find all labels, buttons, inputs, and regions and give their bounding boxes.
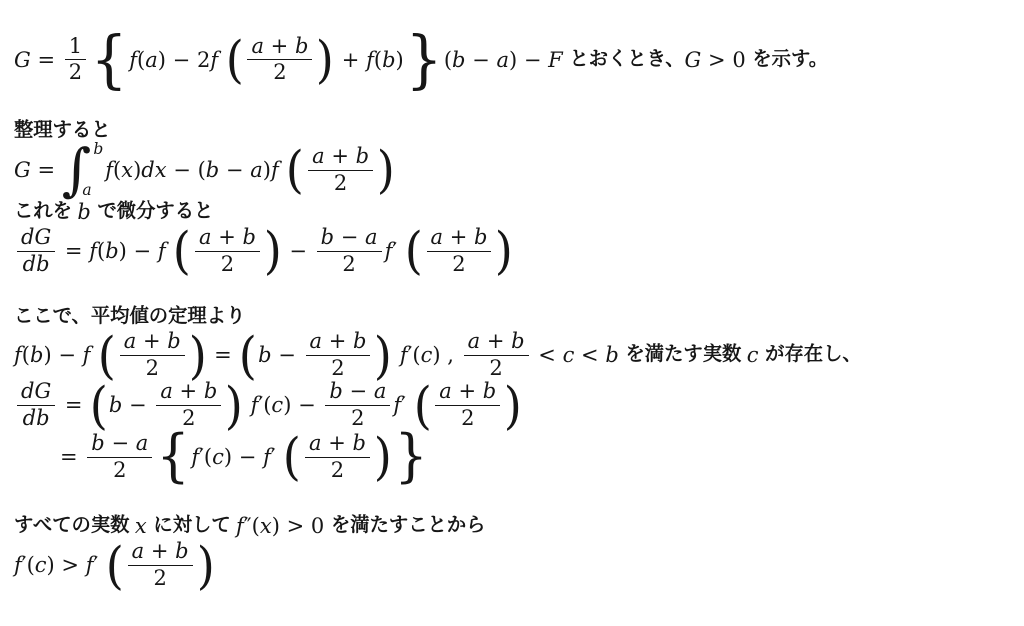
math-variable: c <box>421 343 433 367</box>
math-run: G = <box>14 158 62 182</box>
math-variable: b <box>353 329 366 353</box>
math-run: a + b <box>312 144 369 168</box>
math-variable: G <box>685 48 702 72</box>
math-variable: b <box>511 329 524 353</box>
fraction-numerator: a + b <box>427 226 492 252</box>
math-variable: a <box>431 225 444 249</box>
math-variable: F <box>548 48 563 72</box>
math-run: f″(x) > 0 <box>236 514 331 538</box>
fraction-numerator: a + b <box>306 330 371 356</box>
math-variable: b <box>353 431 366 455</box>
japanese-text: すべての実数 <box>14 515 135 537</box>
math-variable: a <box>132 539 145 563</box>
math-variable: d <box>141 158 154 182</box>
math-variable: a <box>439 379 452 403</box>
math-run: f′(c) , <box>393 343 460 367</box>
math-variable: d <box>21 379 34 403</box>
math-variable: b <box>175 539 188 563</box>
math-run: a + b <box>132 539 189 563</box>
math-run: a + b <box>468 329 525 353</box>
fraction: a + b2 <box>306 330 371 380</box>
math-variable: b <box>206 158 219 182</box>
math-run: = <box>58 393 89 417</box>
fraction-denominator: 2 <box>448 252 469 277</box>
fraction-denominator: 2 <box>142 356 163 381</box>
big-delimiter: ) <box>374 332 392 380</box>
math-variable: b <box>243 225 256 249</box>
math-run: 2 <box>331 458 344 482</box>
math-variable: G <box>14 158 31 182</box>
big-delimiter: ( <box>405 227 423 275</box>
math-run: < c < b <box>532 343 626 367</box>
math-run: b − <box>109 393 153 417</box>
math-variable: b <box>258 343 271 367</box>
japanese-text: で微分すると <box>97 201 213 223</box>
fraction-numerator: a + b <box>435 380 500 406</box>
math-variable: b <box>105 239 118 263</box>
math-run: f′(c) − <box>244 393 322 417</box>
math-run: dG <box>21 225 51 249</box>
math-run: b − a <box>321 225 378 249</box>
japanese-text: とおくとき、 <box>569 49 684 71</box>
big-delimiter: } <box>394 430 427 484</box>
math-variable: x <box>121 158 133 182</box>
integral-limits: ba <box>91 142 103 198</box>
formula-line: f(b) − f (a + b2) = (b − a + b2) f′(c) ,… <box>14 330 1014 380</box>
math-run: f′ <box>393 393 412 417</box>
big-delimiter: ( <box>286 146 304 194</box>
japanese-text: を満たす実数 <box>625 344 746 366</box>
integral-upper-limit: b <box>93 142 103 158</box>
math-run: 1 <box>69 34 82 58</box>
document-page: G = 12{f(a) − 2f (a + b2) + f(b)}(b − a)… <box>0 0 1024 626</box>
math-run: 2 <box>113 458 126 482</box>
japanese-text: に対して <box>153 515 236 537</box>
fraction-denominator: 2 <box>327 356 348 381</box>
math-variable: b <box>474 225 487 249</box>
math-run: f′ <box>385 239 404 263</box>
math-variable: a <box>124 329 137 353</box>
fraction-numerator: a + b <box>247 35 312 61</box>
big-delimiter: ( <box>283 433 301 481</box>
math-run: dG <box>21 379 51 403</box>
big-delimiter: ) <box>264 227 282 275</box>
big-delimiter: ) <box>377 146 395 194</box>
math-run: b <box>77 200 97 224</box>
japanese-text: を示す。 <box>752 49 828 71</box>
big-delimiter: ) <box>495 227 513 275</box>
math-variable: a <box>496 48 509 72</box>
math-variable: a <box>160 379 173 403</box>
math-run: G = <box>14 48 62 72</box>
math-variable: b <box>382 48 395 72</box>
math-run: a + b <box>309 431 366 455</box>
math-run: a + b <box>431 225 488 249</box>
fraction-numerator: a + b <box>120 330 185 356</box>
math-variable: b <box>91 431 104 455</box>
fraction-denominator: 2 <box>338 252 359 277</box>
math-variable: a <box>145 48 158 72</box>
fraction: a + b2 <box>128 540 193 590</box>
math-run: b <box>93 140 103 158</box>
fraction-numerator: dG <box>17 380 55 406</box>
text-line: すべての実数 x に対して f″(x) > 0 を満たすことから <box>14 514 1014 538</box>
math-variable: f <box>263 445 271 469</box>
math-variable: b <box>483 379 496 403</box>
math-run: 2 <box>146 356 159 380</box>
math-run: 2 <box>342 252 355 276</box>
big-delimiter: ) <box>374 433 392 481</box>
fraction-denominator: 2 <box>457 406 478 431</box>
math-variable: b <box>30 343 43 367</box>
math-variable: d <box>21 225 34 249</box>
fraction: dGdb <box>17 226 55 276</box>
math-run: 2 <box>69 60 82 84</box>
math-variable: f <box>129 48 137 72</box>
math-variable: G <box>34 379 51 403</box>
text-line: これを b で微分すると <box>14 200 1014 224</box>
fraction-numerator: a + b <box>308 145 373 171</box>
fraction-denominator: db <box>19 406 54 431</box>
math-run: f′(c) > f′ <box>14 553 105 577</box>
math-variable: c <box>747 343 759 367</box>
fraction: dGdb <box>17 380 55 430</box>
fraction: b − a2 <box>317 226 382 276</box>
math-variable: d <box>23 252 36 276</box>
big-delimiter: { <box>157 430 190 484</box>
math-variable: f <box>385 239 393 263</box>
math-run: = <box>60 445 84 469</box>
fraction: a + b2 <box>120 330 185 380</box>
math-run: 2 <box>273 60 286 84</box>
big-delimiter: ( <box>90 382 108 430</box>
math-variable: a <box>82 181 91 199</box>
fraction-numerator: 1 <box>65 35 86 61</box>
math-variable: b <box>77 200 90 224</box>
fraction: b − a2 <box>325 380 390 430</box>
fraction: a + b2 <box>247 35 312 85</box>
japanese-text: を満たすことから <box>331 515 486 537</box>
big-delimiter: ( <box>226 36 244 84</box>
formula-line: dGdb = f(b) − f (a + b2) − b − a2f′ (a +… <box>14 226 1014 276</box>
big-delimiter: ) <box>225 382 243 430</box>
fraction: a + b2 <box>427 226 492 276</box>
math-run: f(x)dx − (b − a)f <box>105 158 285 182</box>
math-variable: c <box>563 343 575 367</box>
math-run: − <box>283 239 314 263</box>
math-run: 2 <box>461 406 474 430</box>
math-run: db <box>23 406 50 430</box>
math-variable: f <box>86 553 94 577</box>
fraction: a + b2 <box>464 330 529 380</box>
integral: ∫ba <box>62 142 104 198</box>
japanese-text: が存在し、 <box>765 344 862 366</box>
math-variable: b <box>109 393 122 417</box>
math-run: + f(b) <box>335 48 404 72</box>
math-variable: f <box>83 343 91 367</box>
japanese-text: これを <box>14 201 77 223</box>
fraction-denominator: 2 <box>65 60 86 85</box>
formula-line: G = ∫baf(x)dx − (b − a)f (a + b2) <box>14 142 1014 198</box>
math-variable: d <box>23 406 36 430</box>
big-delimiter: { <box>91 30 128 90</box>
math-variable: b <box>167 329 180 353</box>
math-variable: b <box>93 140 103 158</box>
math-variable: c <box>212 445 224 469</box>
math-variable: f <box>236 514 244 538</box>
math-variable: x <box>155 158 167 182</box>
math-variable: b <box>36 406 49 430</box>
fraction-denominator: 2 <box>330 171 351 196</box>
fraction: a + b2 <box>195 226 260 276</box>
math-variable: a <box>468 329 481 353</box>
math-run: 2 <box>351 406 364 430</box>
math-variable: a <box>251 34 264 58</box>
math-variable: b <box>452 48 465 72</box>
math-run: a + b <box>439 379 496 403</box>
math-variable: c <box>271 393 283 417</box>
math-variable: a <box>312 144 325 168</box>
math-run: (b − a) − F <box>444 48 570 72</box>
big-delimiter: ( <box>413 382 431 430</box>
big-delimiter: ( <box>173 227 191 275</box>
formula-line: f′(c) > f′ (a + b2) <box>14 540 1014 590</box>
math-run: a + b <box>251 34 308 58</box>
text-line: 整理すると <box>14 120 1014 142</box>
math-variable: b <box>36 252 49 276</box>
math-variable: b <box>295 34 308 58</box>
math-variable: a <box>250 158 263 182</box>
fraction: a + b2 <box>435 380 500 430</box>
math-run: f(a) − 2f <box>129 48 225 72</box>
math-run: G > 0 <box>685 48 753 72</box>
fraction-denominator: 2 <box>109 458 130 483</box>
big-delimiter: ( <box>106 542 124 590</box>
fraction-denominator: 2 <box>347 406 368 431</box>
math-variable: G <box>34 225 51 249</box>
math-variable: G <box>14 48 31 72</box>
fraction-numerator: dG <box>17 226 55 252</box>
math-run: b − <box>258 343 302 367</box>
math-variable: f <box>400 343 408 367</box>
math-variable: f <box>393 393 401 417</box>
math-variable: a <box>309 431 322 455</box>
big-delimiter: ( <box>239 332 257 380</box>
math-variable: f <box>14 343 22 367</box>
math-variable: a <box>365 225 378 249</box>
fraction-numerator: a + b <box>305 432 370 458</box>
fraction: b − a2 <box>87 432 152 482</box>
math-run: f′(c) − f′ <box>191 445 282 469</box>
fraction: a + b2 <box>308 145 373 195</box>
math-run: c <box>747 343 765 367</box>
math-variable: f <box>191 445 199 469</box>
fraction-denominator: 2 <box>217 252 238 277</box>
fraction-denominator: db <box>19 252 54 277</box>
math-run: 2 <box>334 171 347 195</box>
math-variable: b <box>321 225 334 249</box>
math-variable: b <box>605 343 618 367</box>
math-variable: a <box>136 431 149 455</box>
fraction: 12 <box>65 35 86 85</box>
fraction-denominator: 2 <box>149 566 170 591</box>
math-variable: f <box>366 48 374 72</box>
math-run: = <box>207 343 238 367</box>
fraction-numerator: b − a <box>87 432 152 458</box>
fraction-numerator: a + b <box>195 226 260 252</box>
big-delimiter: ) <box>196 542 214 590</box>
math-run: db <box>23 252 50 276</box>
japanese-text: ここで、平均値の定理より <box>14 306 245 328</box>
math-run: 2 <box>452 252 465 276</box>
math-variable: a <box>310 329 323 353</box>
math-variable: f <box>105 158 113 182</box>
fraction-numerator: b − a <box>317 226 382 252</box>
big-delimiter: } <box>405 30 442 90</box>
math-run: = f(b) − f <box>58 239 172 263</box>
math-variable: f <box>158 239 166 263</box>
big-delimiter: ) <box>189 332 207 380</box>
math-variable: x <box>260 514 272 538</box>
math-run: f(b) − f <box>14 343 97 367</box>
fraction-numerator: a + b <box>128 540 193 566</box>
math-run: a <box>82 181 91 199</box>
integral-lower-limit: a <box>82 183 91 199</box>
math-run: a + b <box>310 329 367 353</box>
math-variable: f <box>89 239 97 263</box>
math-variable: b <box>329 379 342 403</box>
math-run: 2 <box>331 356 344 380</box>
math-variable: f <box>210 48 218 72</box>
math-variable: b <box>356 144 369 168</box>
math-variable: f <box>14 553 22 577</box>
math-run: b − a <box>91 431 148 455</box>
math-run: 2 <box>489 356 502 380</box>
math-variable: c <box>35 553 47 577</box>
math-run: a + b <box>124 329 181 353</box>
math-run: 2 <box>153 566 166 590</box>
fraction-numerator: a + b <box>464 330 529 356</box>
math-run: 2 <box>221 252 234 276</box>
formula-line: G = 12{f(a) − 2f (a + b2) + f(b)}(b − a)… <box>14 30 1014 90</box>
big-delimiter: ) <box>504 382 522 430</box>
fraction-denominator: 2 <box>269 60 290 85</box>
fraction: a + b2 <box>305 432 370 482</box>
math-variable: f <box>271 158 279 182</box>
math-run: a + b <box>199 225 256 249</box>
formula-line: = b − a2{f′(c) − f′ (a + b2)} <box>60 430 1014 484</box>
big-delimiter: ) <box>316 36 334 84</box>
text-line: ここで、平均値の定理より <box>14 306 1014 328</box>
math-variable: f <box>251 393 259 417</box>
math-variable: a <box>199 225 212 249</box>
fraction-denominator: 2 <box>327 458 348 483</box>
big-delimiter: ( <box>98 332 116 380</box>
math-variable: x <box>135 514 147 538</box>
math-run: x <box>135 514 154 538</box>
